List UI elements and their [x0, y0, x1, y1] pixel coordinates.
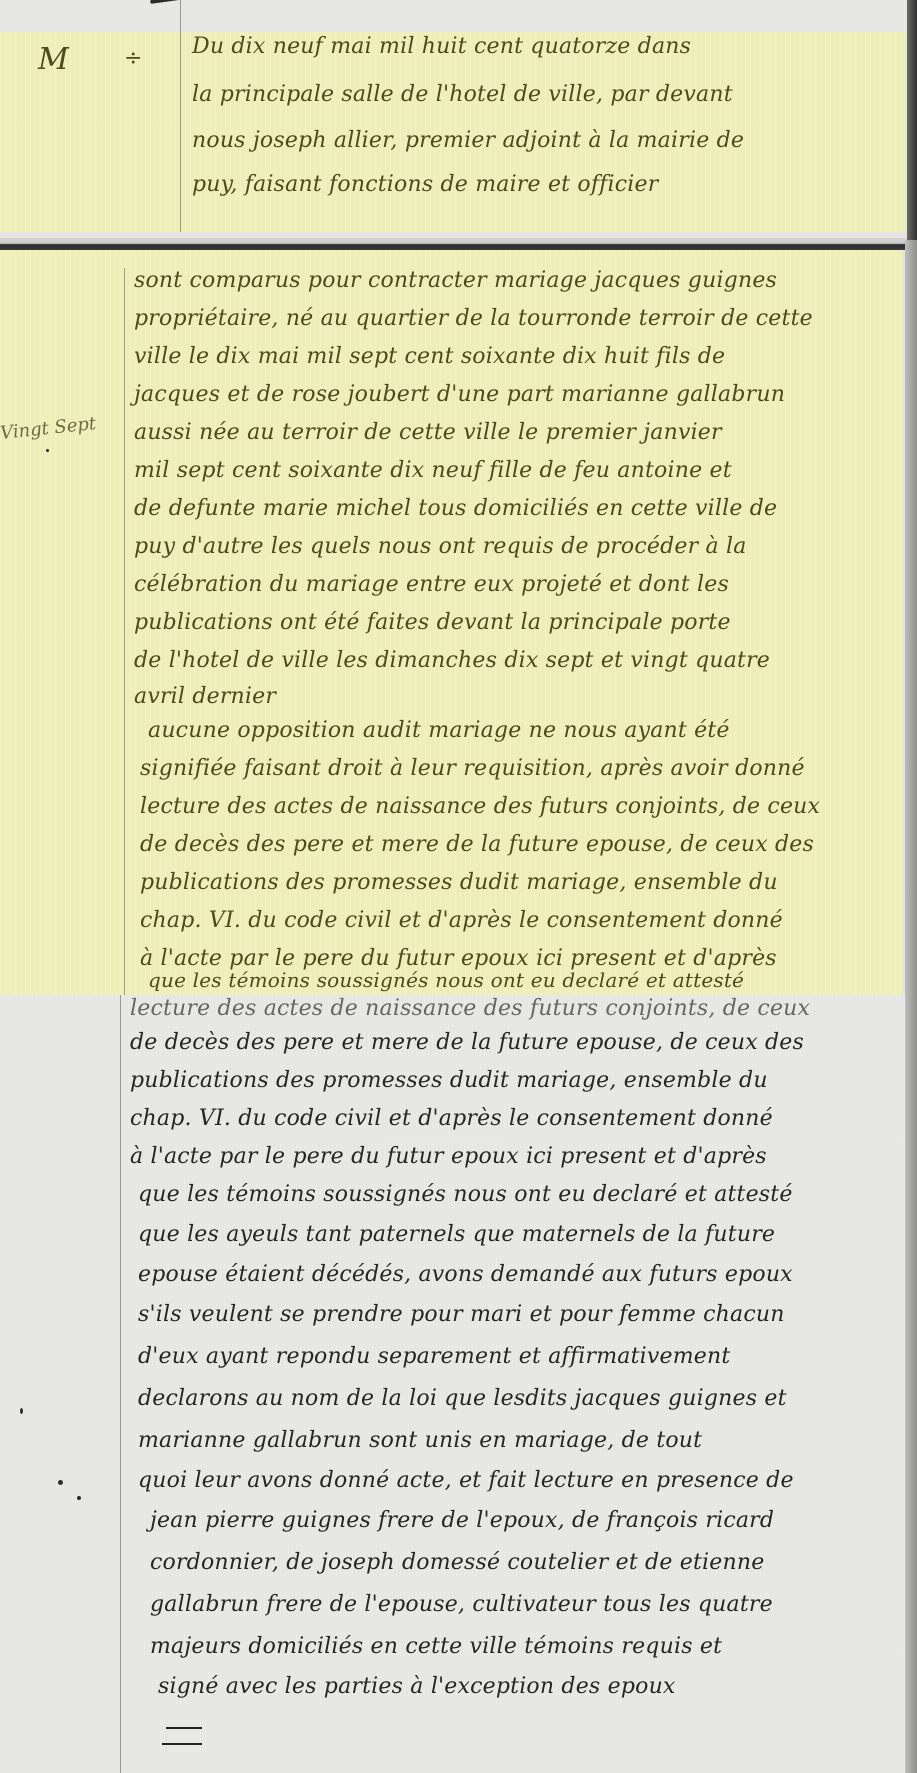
text-line: s'ils veulent se prendre pour mari et po…: [138, 1302, 785, 1327]
text-line: de l'hotel de ville les dimanches dix se…: [134, 648, 770, 673]
text-line: quoi leur avons donné acte, et fait lect…: [138, 1468, 794, 1493]
text-line: chap. VI. du code civil et d'après le co…: [130, 1106, 773, 1131]
text-line: publications ont été faites devant la pr…: [134, 610, 731, 635]
text-line: gallabrun frere de l'epouse, cultivateur…: [150, 1592, 773, 1617]
ink-speck: [20, 1408, 23, 1414]
text-line: majeurs domiciliés en cette ville témoin…: [150, 1634, 722, 1659]
ink-speck: [77, 1496, 81, 1500]
text-line: avril dernier: [134, 684, 276, 709]
text-line: aucune opposition audit mariage ne nous …: [148, 718, 730, 743]
text-line: lecture des actes de naissance des futur…: [130, 996, 810, 1021]
text-line: mil sept cent soixante dix neuf fille de…: [134, 458, 732, 483]
text-line: signifiée faisant droit à leur requisiti…: [140, 756, 805, 781]
page-edge-top: [907, 0, 917, 240]
text-line: signé avec les parties à l'exception des…: [158, 1674, 676, 1699]
ink-speck: [58, 1480, 63, 1485]
text-line: publications des promesses dudit mariage…: [130, 1068, 768, 1093]
margin-rule-bottom: [120, 995, 121, 1773]
text-line: de defunte marie michel tous domiciliés …: [134, 496, 777, 521]
text-line: puy, faisant fonctions de maire et offic…: [192, 172, 658, 197]
margin-mark: ÷: [124, 46, 142, 71]
text-line: epouse étaient décédés, avons demandé au…: [138, 1262, 793, 1287]
text-line: aussi née au terroir de cette ville le p…: [134, 420, 722, 445]
text-line: célébration du mariage entre eux projeté…: [134, 572, 729, 597]
text-line: sont comparus pour contracter mariage ja…: [134, 268, 777, 293]
text-line: jean pierre guignes frere de l'epoux, de…: [150, 1508, 774, 1533]
page-edge: [905, 240, 917, 1773]
text-line: marianne gallabrun sont unis en mariage,…: [138, 1428, 702, 1453]
text-line: d'eux ayant repondu separement et affirm…: [138, 1344, 730, 1369]
ink-speck: [46, 449, 49, 452]
text-line: puy d'autre les quels nous ont requis de…: [134, 534, 747, 559]
text-line: propriétaire, né au quartier de la tourr…: [134, 306, 813, 331]
signature-underline-2: [162, 1743, 202, 1745]
text-line: à l'acte par le pere du futur epoux ici …: [130, 1144, 767, 1169]
signature-underline-1: [166, 1727, 202, 1729]
margin-initial: M: [38, 42, 69, 77]
text-line: cordonnier, de joseph domessé coutelier …: [150, 1550, 764, 1575]
text-line: nous joseph allier, premier adjoint à la…: [192, 128, 744, 153]
scan-seam: [0, 238, 917, 250]
text-line: publications des promesses dudit mariage…: [140, 870, 778, 895]
text-line: que les témoins soussignés nous ont eu d…: [138, 1182, 793, 1207]
text-line: que les témoins soussignés nous ont eu d…: [148, 968, 744, 992]
text-line: Du dix neuf mai mil huit cent quatorze d…: [192, 34, 691, 59]
text-line: de decès des pere et mere de la future e…: [130, 1030, 804, 1055]
text-line: lecture des actes de naissance des futur…: [140, 794, 820, 819]
text-line: de decès des pere et mere de la future e…: [140, 832, 814, 857]
text-line: jacques et de rose joubert d'une part ma…: [134, 382, 785, 407]
text-line: declarons au nom de la loi que lesdits j…: [138, 1386, 787, 1411]
margin-rule-top: [180, 0, 181, 232]
text-line: la principale salle de l'hotel de ville,…: [192, 82, 733, 107]
margin-rule-mid: [124, 268, 125, 995]
text-line: que les ayeuls tant paternels que matern…: [138, 1222, 775, 1247]
text-line: ville le dix mai mil sept cent soixante …: [134, 344, 725, 369]
text-line: chap. VI. du code civil et d'après le co…: [140, 908, 783, 933]
